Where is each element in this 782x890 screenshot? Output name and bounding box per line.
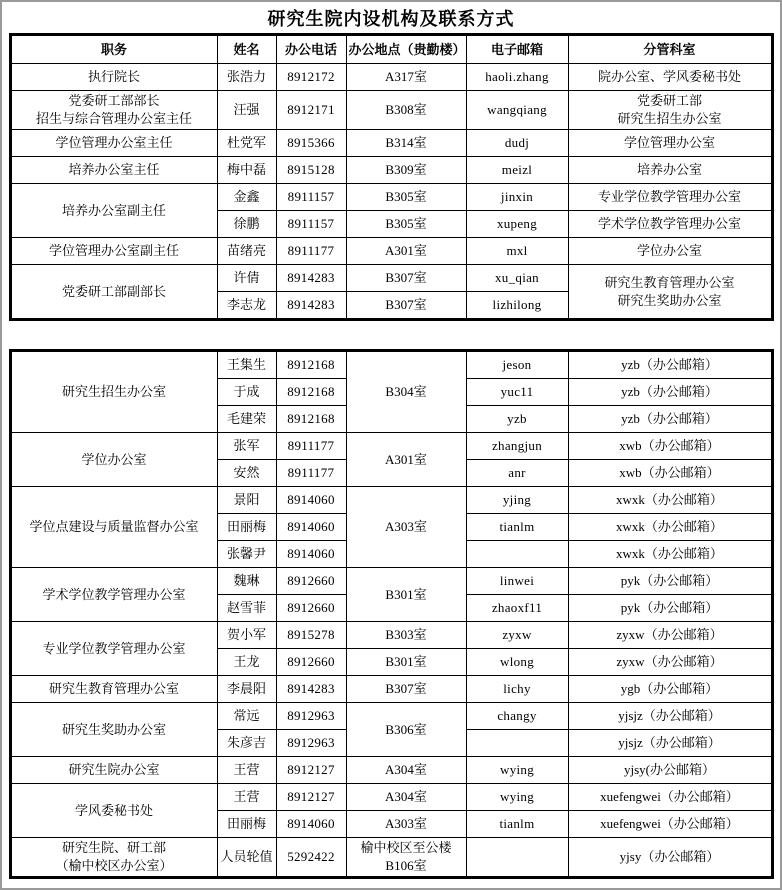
department-cell: 学术学位教学管理办公室 bbox=[568, 211, 772, 238]
name-cell: 王营 bbox=[217, 784, 276, 811]
email-cell bbox=[466, 730, 568, 757]
table-row: 培养办公室副主任金鑫8911157B305室jinxin专业学位教学管理办公室 bbox=[10, 184, 772, 211]
location-cell: B307室 bbox=[346, 292, 466, 320]
location-cell: B301室 bbox=[346, 568, 466, 622]
department-cell: yjsjz（办公邮箱） bbox=[568, 730, 772, 757]
email-cell: zhaoxf11 bbox=[466, 595, 568, 622]
email-cell: changy bbox=[466, 703, 568, 730]
location-cell: B309室 bbox=[346, 157, 466, 184]
name-cell: 常远 bbox=[217, 703, 276, 730]
location-cell: A303室 bbox=[346, 811, 466, 838]
location-cell: B303室 bbox=[346, 622, 466, 649]
location-cell: A317室 bbox=[346, 64, 466, 91]
table-row: 研究生院办公室王营8912127A304室wyingyjsy(办公邮箱） bbox=[10, 757, 772, 784]
position-cell: 研究生院办公室 bbox=[10, 757, 217, 784]
table-row: 专业学位教学管理办公室贺小军8915278B303室zyxwzyxw（办公邮箱） bbox=[10, 622, 772, 649]
name-cell: 于成 bbox=[217, 379, 276, 406]
position-cell: 研究生院、研工部 （榆中校区办公室） bbox=[10, 838, 217, 878]
position-cell: 学术学位教学管理办公室 bbox=[10, 568, 217, 622]
email-cell: linwei bbox=[466, 568, 568, 595]
location-cell: B307室 bbox=[346, 676, 466, 703]
name-cell: 许倩 bbox=[217, 265, 276, 292]
phone-cell: 8914060 bbox=[276, 514, 346, 541]
position-cell: 学风委秘书处 bbox=[10, 784, 217, 838]
page-title: 研究生院内设机构及联系方式 bbox=[2, 7, 780, 31]
column-header-position: 职务 bbox=[10, 35, 217, 64]
column-header-name: 姓名 bbox=[217, 35, 276, 64]
department-cell: 培养办公室 bbox=[568, 157, 772, 184]
phone-cell: 8914060 bbox=[276, 541, 346, 568]
position-cell: 培养办公室主任 bbox=[10, 157, 217, 184]
department-cell: pyk（办公邮箱） bbox=[568, 595, 772, 622]
phone-cell: 8912963 bbox=[276, 730, 346, 757]
table-row: 研究生奖助办公室常远8912963B306室changyyjsjz（办公邮箱） bbox=[10, 703, 772, 730]
name-cell: 张浩力 bbox=[217, 64, 276, 91]
position-cell: 党委研工部部长 招生与综合管理办公室主任 bbox=[10, 91, 217, 130]
department-cell: xwxk（办公邮箱） bbox=[568, 514, 772, 541]
name-cell: 魏琳 bbox=[217, 568, 276, 595]
name-cell: 李晨阳 bbox=[217, 676, 276, 703]
email-cell: yzb bbox=[466, 406, 568, 433]
name-cell: 王集生 bbox=[217, 351, 276, 379]
name-cell: 梅中磊 bbox=[217, 157, 276, 184]
phone-cell: 8911177 bbox=[276, 433, 346, 460]
name-cell: 杜党军 bbox=[217, 130, 276, 157]
table-row: 学风委秘书处王营8912127A304室wyingxuefengwei（办公邮箱… bbox=[10, 784, 772, 811]
name-cell: 汪强 bbox=[217, 91, 276, 130]
email-cell: yuc11 bbox=[466, 379, 568, 406]
table-row: 学位点建设与质量监督办公室景阳8914060A303室yjingxwxk（办公邮… bbox=[10, 487, 772, 514]
email-cell: meizl bbox=[466, 157, 568, 184]
table-row: 学位办公室张军8911177A301室zhangjunxwb（办公邮箱） bbox=[10, 433, 772, 460]
location-cell: B301室 bbox=[346, 649, 466, 676]
name-cell: 田丽梅 bbox=[217, 811, 276, 838]
name-cell: 毛建荣 bbox=[217, 406, 276, 433]
position-cell: 执行院长 bbox=[10, 64, 217, 91]
phone-cell: 8914283 bbox=[276, 292, 346, 320]
table-header-row: 职务姓名办公电话办公地点（贵勤楼）电子邮箱分管科室 bbox=[10, 35, 772, 64]
phone-cell: 8912660 bbox=[276, 568, 346, 595]
table-row: 学术学位教学管理办公室魏琳8912660B301室linweipyk（办公邮箱） bbox=[10, 568, 772, 595]
department-cell: yjsy(办公邮箱） bbox=[568, 757, 772, 784]
position-cell: 学位点建设与质量监督办公室 bbox=[10, 487, 217, 568]
table-row: 研究生招生办公室王集生8912168B304室jesonyzb（办公邮箱） bbox=[10, 351, 772, 379]
department-cell: zyxw（办公邮箱） bbox=[568, 649, 772, 676]
position-cell: 培养办公室副主任 bbox=[10, 184, 217, 238]
department-cell: 学位管理办公室 bbox=[568, 130, 772, 157]
phone-cell: 8912168 bbox=[276, 351, 346, 379]
name-cell: 朱彦吉 bbox=[217, 730, 276, 757]
position-cell: 学位管理办公室主任 bbox=[10, 130, 217, 157]
location-cell: A303室 bbox=[346, 487, 466, 568]
phone-cell: 8912168 bbox=[276, 406, 346, 433]
email-cell: anr bbox=[466, 460, 568, 487]
position-cell: 学位管理办公室副主任 bbox=[10, 238, 217, 265]
email-cell: zyxw bbox=[466, 622, 568, 649]
phone-cell: 8915366 bbox=[276, 130, 346, 157]
location-cell: A304室 bbox=[346, 784, 466, 811]
email-cell: lichy bbox=[466, 676, 568, 703]
position-cell: 学位办公室 bbox=[10, 433, 217, 487]
position-cell: 研究生奖助办公室 bbox=[10, 703, 217, 757]
email-cell: xu_qian bbox=[466, 265, 568, 292]
table-row: 执行院长张浩力8912172A317室haoli.zhang院办公室、学风委秘书… bbox=[10, 64, 772, 91]
department-cell: yjsy（办公邮箱） bbox=[568, 838, 772, 878]
department-cell: 党委研工部 研究生招生办公室 bbox=[568, 91, 772, 130]
table-row: 学位管理办公室主任杜党军8915366B314室dudj学位管理办公室 bbox=[10, 130, 772, 157]
phone-cell: 8912127 bbox=[276, 784, 346, 811]
phone-cell: 8911157 bbox=[276, 211, 346, 238]
phone-cell: 8912171 bbox=[276, 91, 346, 130]
location-cell: B314室 bbox=[346, 130, 466, 157]
column-header-phone: 办公电话 bbox=[276, 35, 346, 64]
name-cell: 王营 bbox=[217, 757, 276, 784]
email-cell: wying bbox=[466, 757, 568, 784]
location-cell: B305室 bbox=[346, 211, 466, 238]
email-cell: tianlm bbox=[466, 811, 568, 838]
department-cell: 院办公室、学风委秘书处 bbox=[568, 64, 772, 91]
name-cell: 景阳 bbox=[217, 487, 276, 514]
position-cell: 研究生教育管理办公室 bbox=[10, 676, 217, 703]
table-row: 研究生院、研工部 （榆中校区办公室）人员轮值5292422榆中校区至公楼 B10… bbox=[10, 838, 772, 878]
phone-cell: 8912963 bbox=[276, 703, 346, 730]
position-cell: 党委研工部副部长 bbox=[10, 265, 217, 320]
email-cell: haoli.zhang bbox=[466, 64, 568, 91]
name-cell: 张军 bbox=[217, 433, 276, 460]
email-cell: dudj bbox=[466, 130, 568, 157]
phone-cell: 8912660 bbox=[276, 649, 346, 676]
name-cell: 贺小军 bbox=[217, 622, 276, 649]
phone-cell: 8914060 bbox=[276, 811, 346, 838]
phone-cell: 8912172 bbox=[276, 64, 346, 91]
location-cell: A301室 bbox=[346, 238, 466, 265]
email-cell: xupeng bbox=[466, 211, 568, 238]
department-cell: xuefengwei（办公邮箱） bbox=[568, 811, 772, 838]
location-cell: 榆中校区至公楼 B106室 bbox=[346, 838, 466, 878]
department-cell: ygb（办公邮箱） bbox=[568, 676, 772, 703]
column-header-department: 分管科室 bbox=[568, 35, 772, 64]
phone-cell: 5292422 bbox=[276, 838, 346, 878]
email-cell: jeson bbox=[466, 351, 568, 379]
phone-cell: 8914060 bbox=[276, 487, 346, 514]
email-cell: wlong bbox=[466, 649, 568, 676]
email-cell: mxl bbox=[466, 238, 568, 265]
document-page: 研究生院内设机构及联系方式 职务姓名办公电话办公地点（贵勤楼）电子邮箱分管科室 … bbox=[0, 0, 782, 890]
name-cell: 徐鹏 bbox=[217, 211, 276, 238]
column-header-email: 电子邮箱 bbox=[466, 35, 568, 64]
name-cell: 王龙 bbox=[217, 649, 276, 676]
location-cell: A301室 bbox=[346, 433, 466, 487]
table-row: 培养办公室主任梅中磊8915128B309室meizl培养办公室 bbox=[10, 157, 772, 184]
position-cell: 研究生招生办公室 bbox=[10, 351, 217, 433]
email-cell: wangqiang bbox=[466, 91, 568, 130]
phone-cell: 8915278 bbox=[276, 622, 346, 649]
email-cell bbox=[466, 838, 568, 878]
phone-cell: 8911157 bbox=[276, 184, 346, 211]
location-cell: B307室 bbox=[346, 265, 466, 292]
phone-cell: 8911177 bbox=[276, 238, 346, 265]
phone-cell: 8915128 bbox=[276, 157, 346, 184]
department-cell: yzb（办公邮箱） bbox=[568, 406, 772, 433]
department-cell: yzb（办公邮箱） bbox=[568, 351, 772, 379]
email-cell: jinxin bbox=[466, 184, 568, 211]
department-cell: xuefengwei（办公邮箱） bbox=[568, 784, 772, 811]
department-cell: xwxk（办公邮箱） bbox=[568, 487, 772, 514]
department-cell: xwb（办公邮箱） bbox=[568, 460, 772, 487]
location-cell: B304室 bbox=[346, 351, 466, 433]
name-cell: 张馨尹 bbox=[217, 541, 276, 568]
department-cell: yjsjz（办公邮箱） bbox=[568, 703, 772, 730]
leaders-contact-table: 职务姓名办公电话办公地点（贵勤楼）电子邮箱分管科室 执行院长张浩力8912172… bbox=[9, 33, 774, 321]
column-header-location: 办公地点（贵勤楼） bbox=[346, 35, 466, 64]
phone-cell: 8912127 bbox=[276, 757, 346, 784]
department-cell: 专业学位教学管理办公室 bbox=[568, 184, 772, 211]
name-cell: 人员轮值 bbox=[217, 838, 276, 878]
location-cell: B306室 bbox=[346, 703, 466, 757]
email-cell: lizhilong bbox=[466, 292, 568, 320]
table-row: 党委研工部部长 招生与综合管理办公室主任汪强8912171B308室wangqi… bbox=[10, 91, 772, 130]
email-cell bbox=[466, 541, 568, 568]
phone-cell: 8912660 bbox=[276, 595, 346, 622]
offices-contact-table: 研究生招生办公室王集生8912168B304室jesonyzb（办公邮箱）于成8… bbox=[9, 349, 774, 879]
email-cell: zhangjun bbox=[466, 433, 568, 460]
name-cell: 赵雪菲 bbox=[217, 595, 276, 622]
department-cell: zyxw（办公邮箱） bbox=[568, 622, 772, 649]
email-cell: tianlm bbox=[466, 514, 568, 541]
table-row: 党委研工部副部长许倩8914283B307室xu_qian研究生教育管理办公室 … bbox=[10, 265, 772, 292]
name-cell: 李志龙 bbox=[217, 292, 276, 320]
name-cell: 安然 bbox=[217, 460, 276, 487]
position-cell: 专业学位教学管理办公室 bbox=[10, 622, 217, 676]
location-cell: B308室 bbox=[346, 91, 466, 130]
department-cell: 学位办公室 bbox=[568, 238, 772, 265]
location-cell: A304室 bbox=[346, 757, 466, 784]
email-cell: wying bbox=[466, 784, 568, 811]
phone-cell: 8914283 bbox=[276, 265, 346, 292]
name-cell: 田丽梅 bbox=[217, 514, 276, 541]
table-row: 学位管理办公室副主任苗绪亮8911177A301室mxl学位办公室 bbox=[10, 238, 772, 265]
department-cell: xwxk（办公邮箱） bbox=[568, 541, 772, 568]
department-cell: 研究生教育管理办公室 研究生奖助办公室 bbox=[568, 265, 772, 320]
name-cell: 金鑫 bbox=[217, 184, 276, 211]
department-cell: xwb（办公邮箱） bbox=[568, 433, 772, 460]
location-cell: B305室 bbox=[346, 184, 466, 211]
name-cell: 苗绪亮 bbox=[217, 238, 276, 265]
table-header-row: 职务姓名办公电话办公地点（贵勤楼）电子邮箱分管科室 bbox=[10, 35, 772, 64]
phone-cell: 8911177 bbox=[276, 460, 346, 487]
department-cell: pyk（办公邮箱） bbox=[568, 568, 772, 595]
department-cell: yzb（办公邮箱） bbox=[568, 379, 772, 406]
email-cell: yjing bbox=[466, 487, 568, 514]
phone-cell: 8914283 bbox=[276, 676, 346, 703]
phone-cell: 8912168 bbox=[276, 379, 346, 406]
table-row: 研究生教育管理办公室李晨阳8914283B307室lichyygb（办公邮箱） bbox=[10, 676, 772, 703]
